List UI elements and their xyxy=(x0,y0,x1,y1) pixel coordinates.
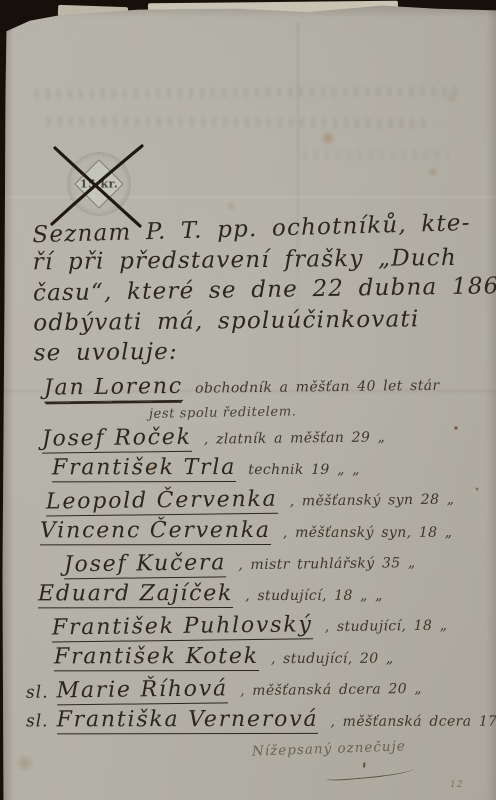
entry-name: Eduard Zajíček xyxy=(38,581,233,608)
footer-note: Nížepsaný oznečuje xyxy=(252,738,406,759)
entry-name: Jan Lorenc xyxy=(44,374,183,403)
entry-prefix: sl. xyxy=(26,682,49,702)
list-entry: Vincenc Červenka , měšťanský syn, 18 „ xyxy=(24,518,486,550)
entry-name: Josef Roček xyxy=(42,424,192,453)
pen-flourish xyxy=(326,765,414,782)
entry-name: Františka Vernerová xyxy=(57,707,319,734)
bleedthrough-text xyxy=(44,117,434,128)
entry-detail: , studující, 20 „ xyxy=(271,651,394,667)
document-heading: Seznam P. T. pp. ochotníků, kte- ří při … xyxy=(32,212,482,369)
entry-name: Josef Kučera xyxy=(64,550,227,579)
list-entry: Leopold Červenka , měšťanský syn 28 „ xyxy=(24,484,486,521)
heading-line: se uvoluje: xyxy=(33,334,481,369)
list-entry: František Kotek , studující, 20 „ xyxy=(24,644,486,676)
entry-detail: technik 19 „ „ xyxy=(248,462,360,478)
entry-name: Vincenc Červenka xyxy=(40,518,271,545)
entry-detail: , mistr truhlářský 35 „ xyxy=(238,555,415,573)
entry-name: František Puhlovský xyxy=(52,612,313,642)
list-entry: František Puhlovský , studující, 18 „ xyxy=(24,610,486,647)
entry-name: Leopold Červenka xyxy=(46,486,278,516)
entry-detail: , studující, 18 „ „ xyxy=(245,588,383,604)
performer-list: Jan Lorenc obchodník a měšťan 40 let stá… xyxy=(24,373,486,739)
entry-detail: , studující, 18 „ xyxy=(325,617,448,634)
entry-name: František Kotek xyxy=(54,644,259,671)
bleedthrough-text xyxy=(300,150,450,159)
entry-detail: , měšťanská dcera 20 „ xyxy=(240,680,422,698)
page-number: 12 xyxy=(450,780,463,790)
entry-detail: , měšťanská dcera 17. xyxy=(330,714,496,730)
list-entry: Josef Kučera , mistr truhlářský 35 „ xyxy=(24,547,486,584)
photo-background: 15 kr. Seznam P. T. pp. ochotníků, kte- … xyxy=(0,0,496,800)
entry-name: Marie Říhová xyxy=(56,676,228,705)
entry-detail: , měšťanský syn, 18 „ xyxy=(283,525,453,541)
document-page: 15 kr. Seznam P. T. pp. ochotníků, kte- … xyxy=(0,0,496,800)
bleedthrough-text xyxy=(32,86,462,98)
heading-line: odbývati má, spoluúčinkovati xyxy=(33,303,481,338)
entry-detail: , zlatník a měšťan 29 „ xyxy=(204,429,386,447)
entry-detail: , měšťanský syn 28 „ xyxy=(290,491,455,509)
list-entry: Eduard Zajíček , studující, 18 „ „ xyxy=(24,581,486,613)
entry-name: František Trla xyxy=(52,455,236,482)
list-entry: sl.Marie Říhová , měšťanská dcera 20 „ xyxy=(24,673,486,710)
entry-detail: obchodník a měšťan 40 let stár xyxy=(195,378,440,397)
list-entry: sl.Františka Vernerová , měšťanská dcera… xyxy=(24,707,486,739)
list-entry: František Trla technik 19 „ „ xyxy=(24,455,486,487)
list-entry: Josef Roček , zlatník a měšťan 29 „ xyxy=(24,421,486,458)
entry-prefix: sl. xyxy=(26,711,49,731)
